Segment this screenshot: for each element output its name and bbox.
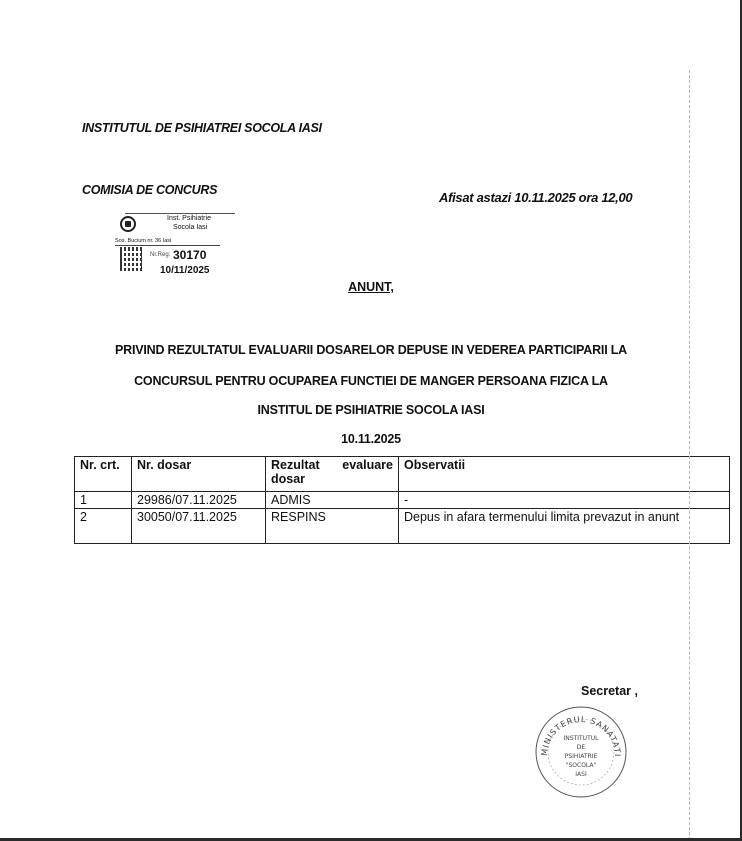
announcement-title-text: ANUNT,: [348, 280, 394, 294]
official-seal-icon: MINISTERUL SANATATII INSTITUTUL DE PSIHI…: [533, 704, 629, 800]
registration-date: 10/11/2025: [160, 265, 210, 276]
cell-nr-dosar: 29986/07.11.2025: [132, 492, 266, 509]
header-nr-crt: Nr. crt.: [75, 457, 132, 492]
cell-nr-crt: 2: [75, 509, 132, 544]
header-observatii: Observatii: [399, 457, 730, 492]
table-header-row: Nr. crt. Nr. dosar Rezultatevaluare dosa…: [75, 457, 730, 492]
header-rezultat-word3: dosar: [271, 472, 393, 486]
svg-text:IASI: IASI: [575, 771, 587, 778]
table-row: 1 29986/07.11.2025 ADMIS -: [75, 492, 730, 509]
institution-logo-icon: [120, 216, 136, 232]
header-rezultat-word2: evaluare: [342, 458, 393, 472]
cell-nr-crt: 1: [75, 492, 132, 509]
subject-line-2: CONCURSUL PENTRU OCUPAREA FUNCTIEI DE MA…: [0, 374, 742, 388]
cell-rezultat: ADMIS: [266, 492, 399, 509]
document-page: INSTITUTUL DE PSIHIATREI SOCOLA IASI COM…: [0, 0, 740, 838]
nr-reg-label: Nr.Reg:: [150, 252, 170, 258]
cell-rezultat: RESPINS: [266, 509, 399, 544]
stamp-address: Sos. Bucium nr. 36 Iasi: [115, 238, 171, 244]
stamp-divider: [125, 213, 235, 214]
registration-stamp: Inst. Psihiatrie Socola Iasi Sos. Bucium…: [115, 212, 240, 282]
commission-name: COMISIA DE CONCURS: [82, 183, 217, 197]
institution-name: INSTITUTUL DE PSIHIATREI SOCOLA IASI: [82, 121, 322, 135]
svg-text:DE: DE: [577, 744, 586, 751]
cell-observatii: -: [399, 492, 730, 509]
announcement-title: ANUNT,: [0, 278, 742, 296]
stamp-name-line1: Inst. Psihiatrie: [167, 215, 211, 222]
header-rezultat: Rezultatevaluare dosar: [266, 457, 399, 492]
svg-text:"SOCOLA": "SOCOLA": [566, 762, 597, 769]
posted-date: Afisat astazi 10.11.2025 ora 12,00: [439, 190, 632, 205]
page-fold-line: [689, 70, 690, 840]
stamp-name-line2: Socola Iasi: [173, 224, 207, 231]
subject-line-1: PRIVIND REZULTATUL EVALUARII DOSARELOR D…: [0, 343, 742, 357]
svg-text:PSIHIATRIE: PSIHIATRIE: [565, 753, 598, 760]
header-nr-dosar: Nr. dosar: [132, 457, 266, 492]
cell-observatii: Depus in afara termenului limita prevazu…: [399, 509, 730, 544]
subject-line-3: INSTITUL DE PSIHIATRIE SOCOLA IASI: [0, 403, 742, 417]
announcement-date: 10.11.2025: [0, 432, 742, 446]
secretary-label: Secretar ,: [581, 684, 638, 698]
stamp-divider: [115, 245, 220, 246]
header-rezultat-word1: Rezultat: [271, 458, 320, 472]
qr-code-icon: [120, 247, 144, 271]
nr-reg-value: 30170: [173, 248, 206, 262]
results-table: Nr. crt. Nr. dosar Rezultatevaluare dosa…: [74, 456, 730, 544]
table-row: 2 30050/07.11.2025 RESPINS Depus in afar…: [75, 509, 730, 544]
cell-nr-dosar: 30050/07.11.2025: [132, 509, 266, 544]
svg-text:INSTITUTUL: INSTITUTUL: [564, 735, 600, 742]
